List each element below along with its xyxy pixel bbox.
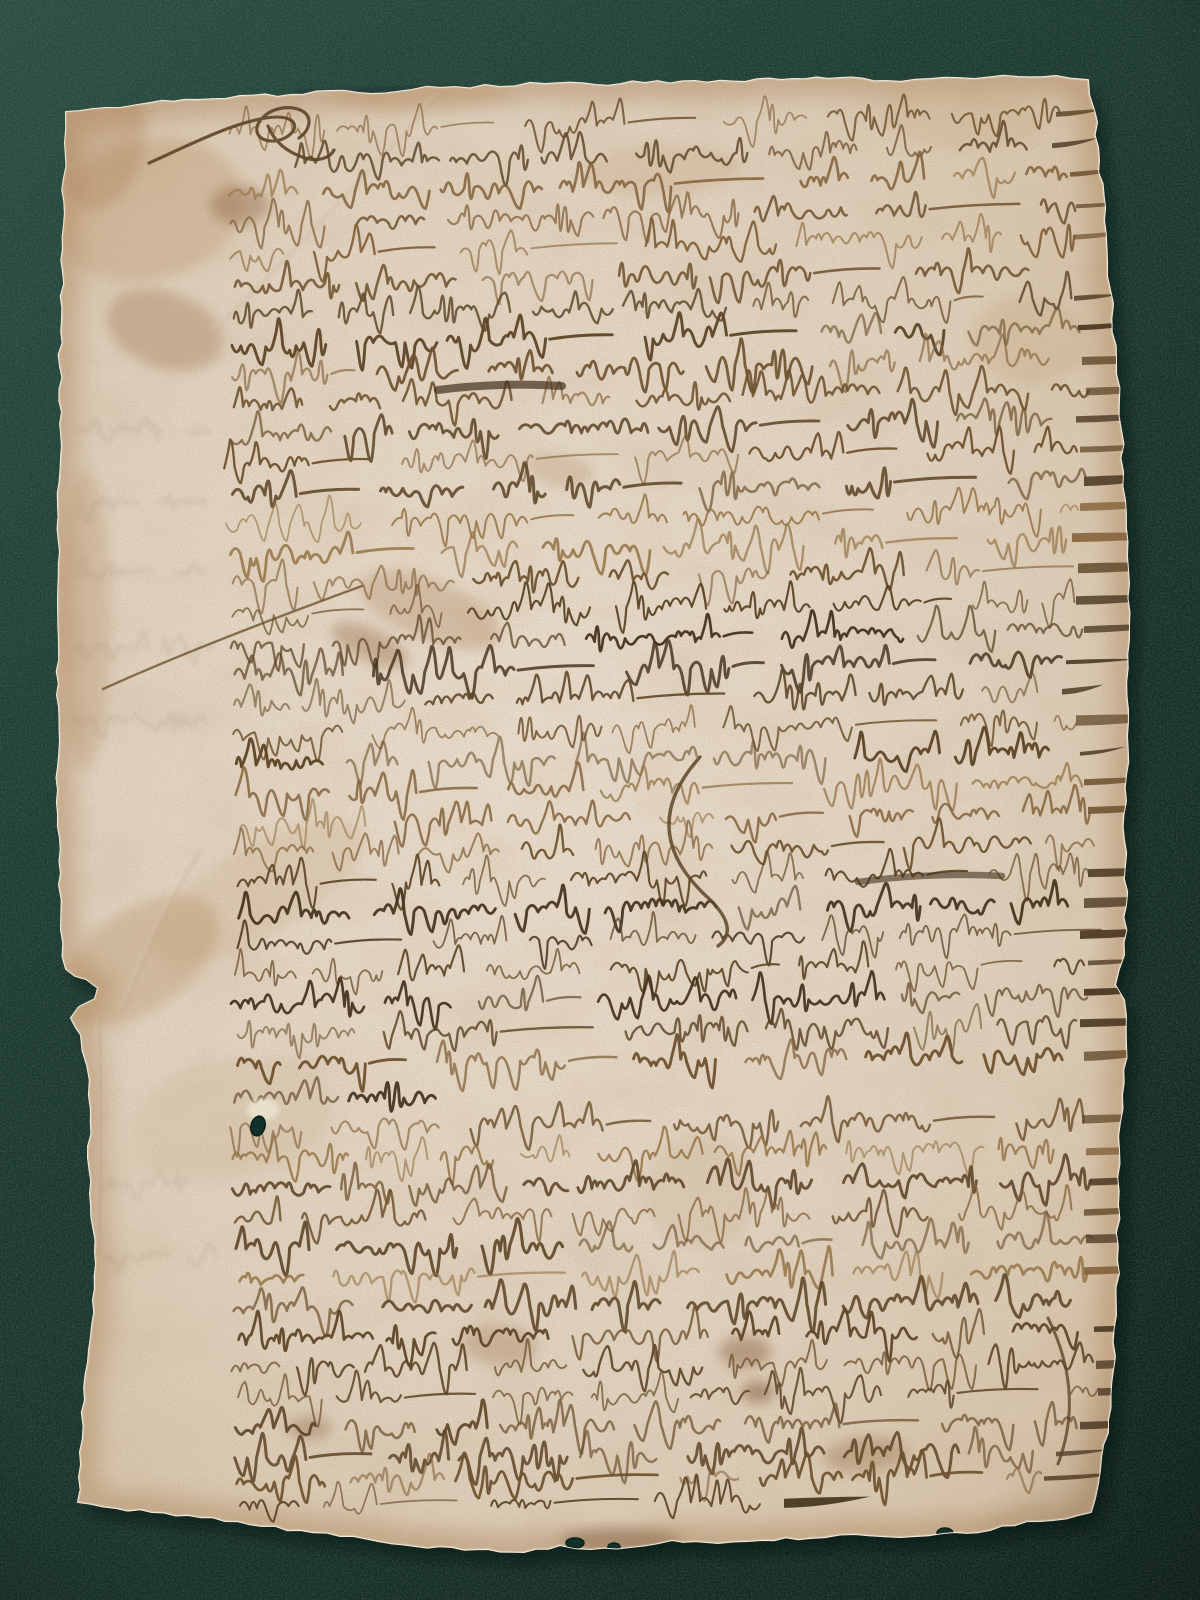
photo-vignette	[0, 0, 1200, 1600]
manuscript-photo	[0, 0, 1200, 1600]
manuscript-photo-svg	[0, 0, 1200, 1600]
